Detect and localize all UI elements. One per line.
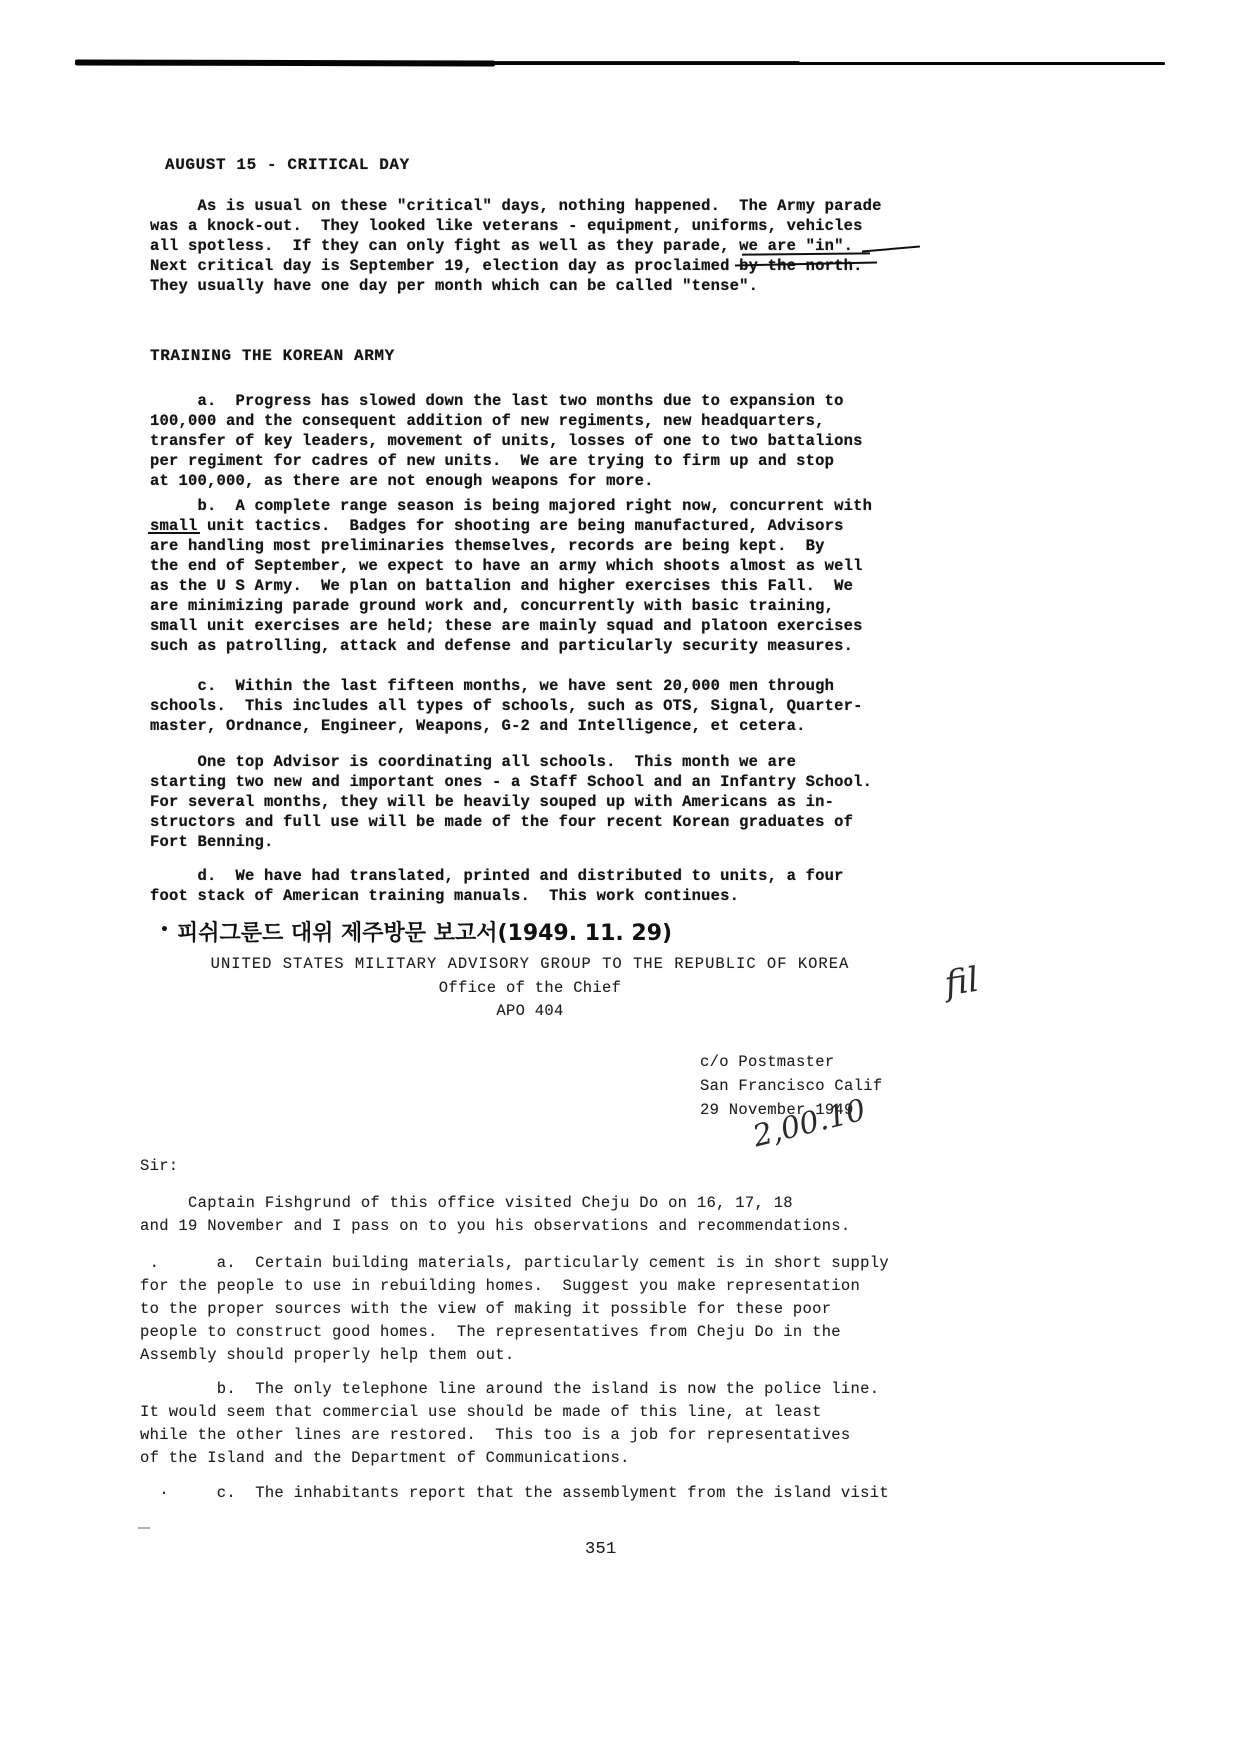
memo-paragraph-b: b. A complete range season is being majo… xyxy=(150,496,872,656)
korean-caption: •피쉬그룬드 대위 제주방문 보고서(1949. 11. 29) xyxy=(160,916,672,947)
letter-paragraph-c: · c. The inhabitants report that the ass… xyxy=(140,1482,889,1505)
letterhead-org: UNITED STATES MILITARY ADVISORY GROUP TO… xyxy=(150,953,910,976)
page-number: 351 xyxy=(585,1538,617,1561)
memo-paragraph-august: As is usual on these "critical" days, no… xyxy=(150,196,882,296)
scan-artifact-line xyxy=(490,61,800,65)
letterhead-office: Office of the Chief xyxy=(150,977,910,1000)
letterhead-apo: APO 404 xyxy=(150,1000,910,1023)
scanned-document-page: AUGUST 15 - CRITICAL DAY As is usual on … xyxy=(0,0,1240,1754)
korean-caption-text: 피쉬그룬드 대위 제주방문 보고서(1949. 11. 29) xyxy=(177,921,672,946)
scan-artifact-dash xyxy=(138,1527,150,1529)
letter-salutation: Sir: xyxy=(140,1155,178,1178)
underline-small xyxy=(148,532,200,534)
memo-paragraph-a: a. Progress has slowed down the last two… xyxy=(150,391,863,491)
memo-paragraph-advisor: One top Advisor is coordinating all scho… xyxy=(150,752,872,852)
scan-artifact-line xyxy=(75,59,495,66)
handwritten-file-mark: fil xyxy=(942,960,981,1005)
letter-paragraph-a: . a. Certain building materials, particu… xyxy=(140,1252,889,1367)
memo-paragraph-c: c. Within the last fifteen months, we ha… xyxy=(150,676,863,736)
memo-heading-august: AUGUST 15 - CRITICAL DAY xyxy=(165,155,410,175)
bullet-icon: • xyxy=(160,922,169,938)
scan-artifact-line xyxy=(1080,63,1165,65)
memo-paragraph-d: d. We have had translated, printed and d… xyxy=(150,866,844,906)
memo-heading-training: TRAINING THE KOREAN ARMY xyxy=(150,346,395,366)
letter-paragraph-intro: Captain Fishgrund of this office visited… xyxy=(140,1192,851,1238)
letter-paragraph-b: b. The only telephone line around the is… xyxy=(140,1378,879,1470)
